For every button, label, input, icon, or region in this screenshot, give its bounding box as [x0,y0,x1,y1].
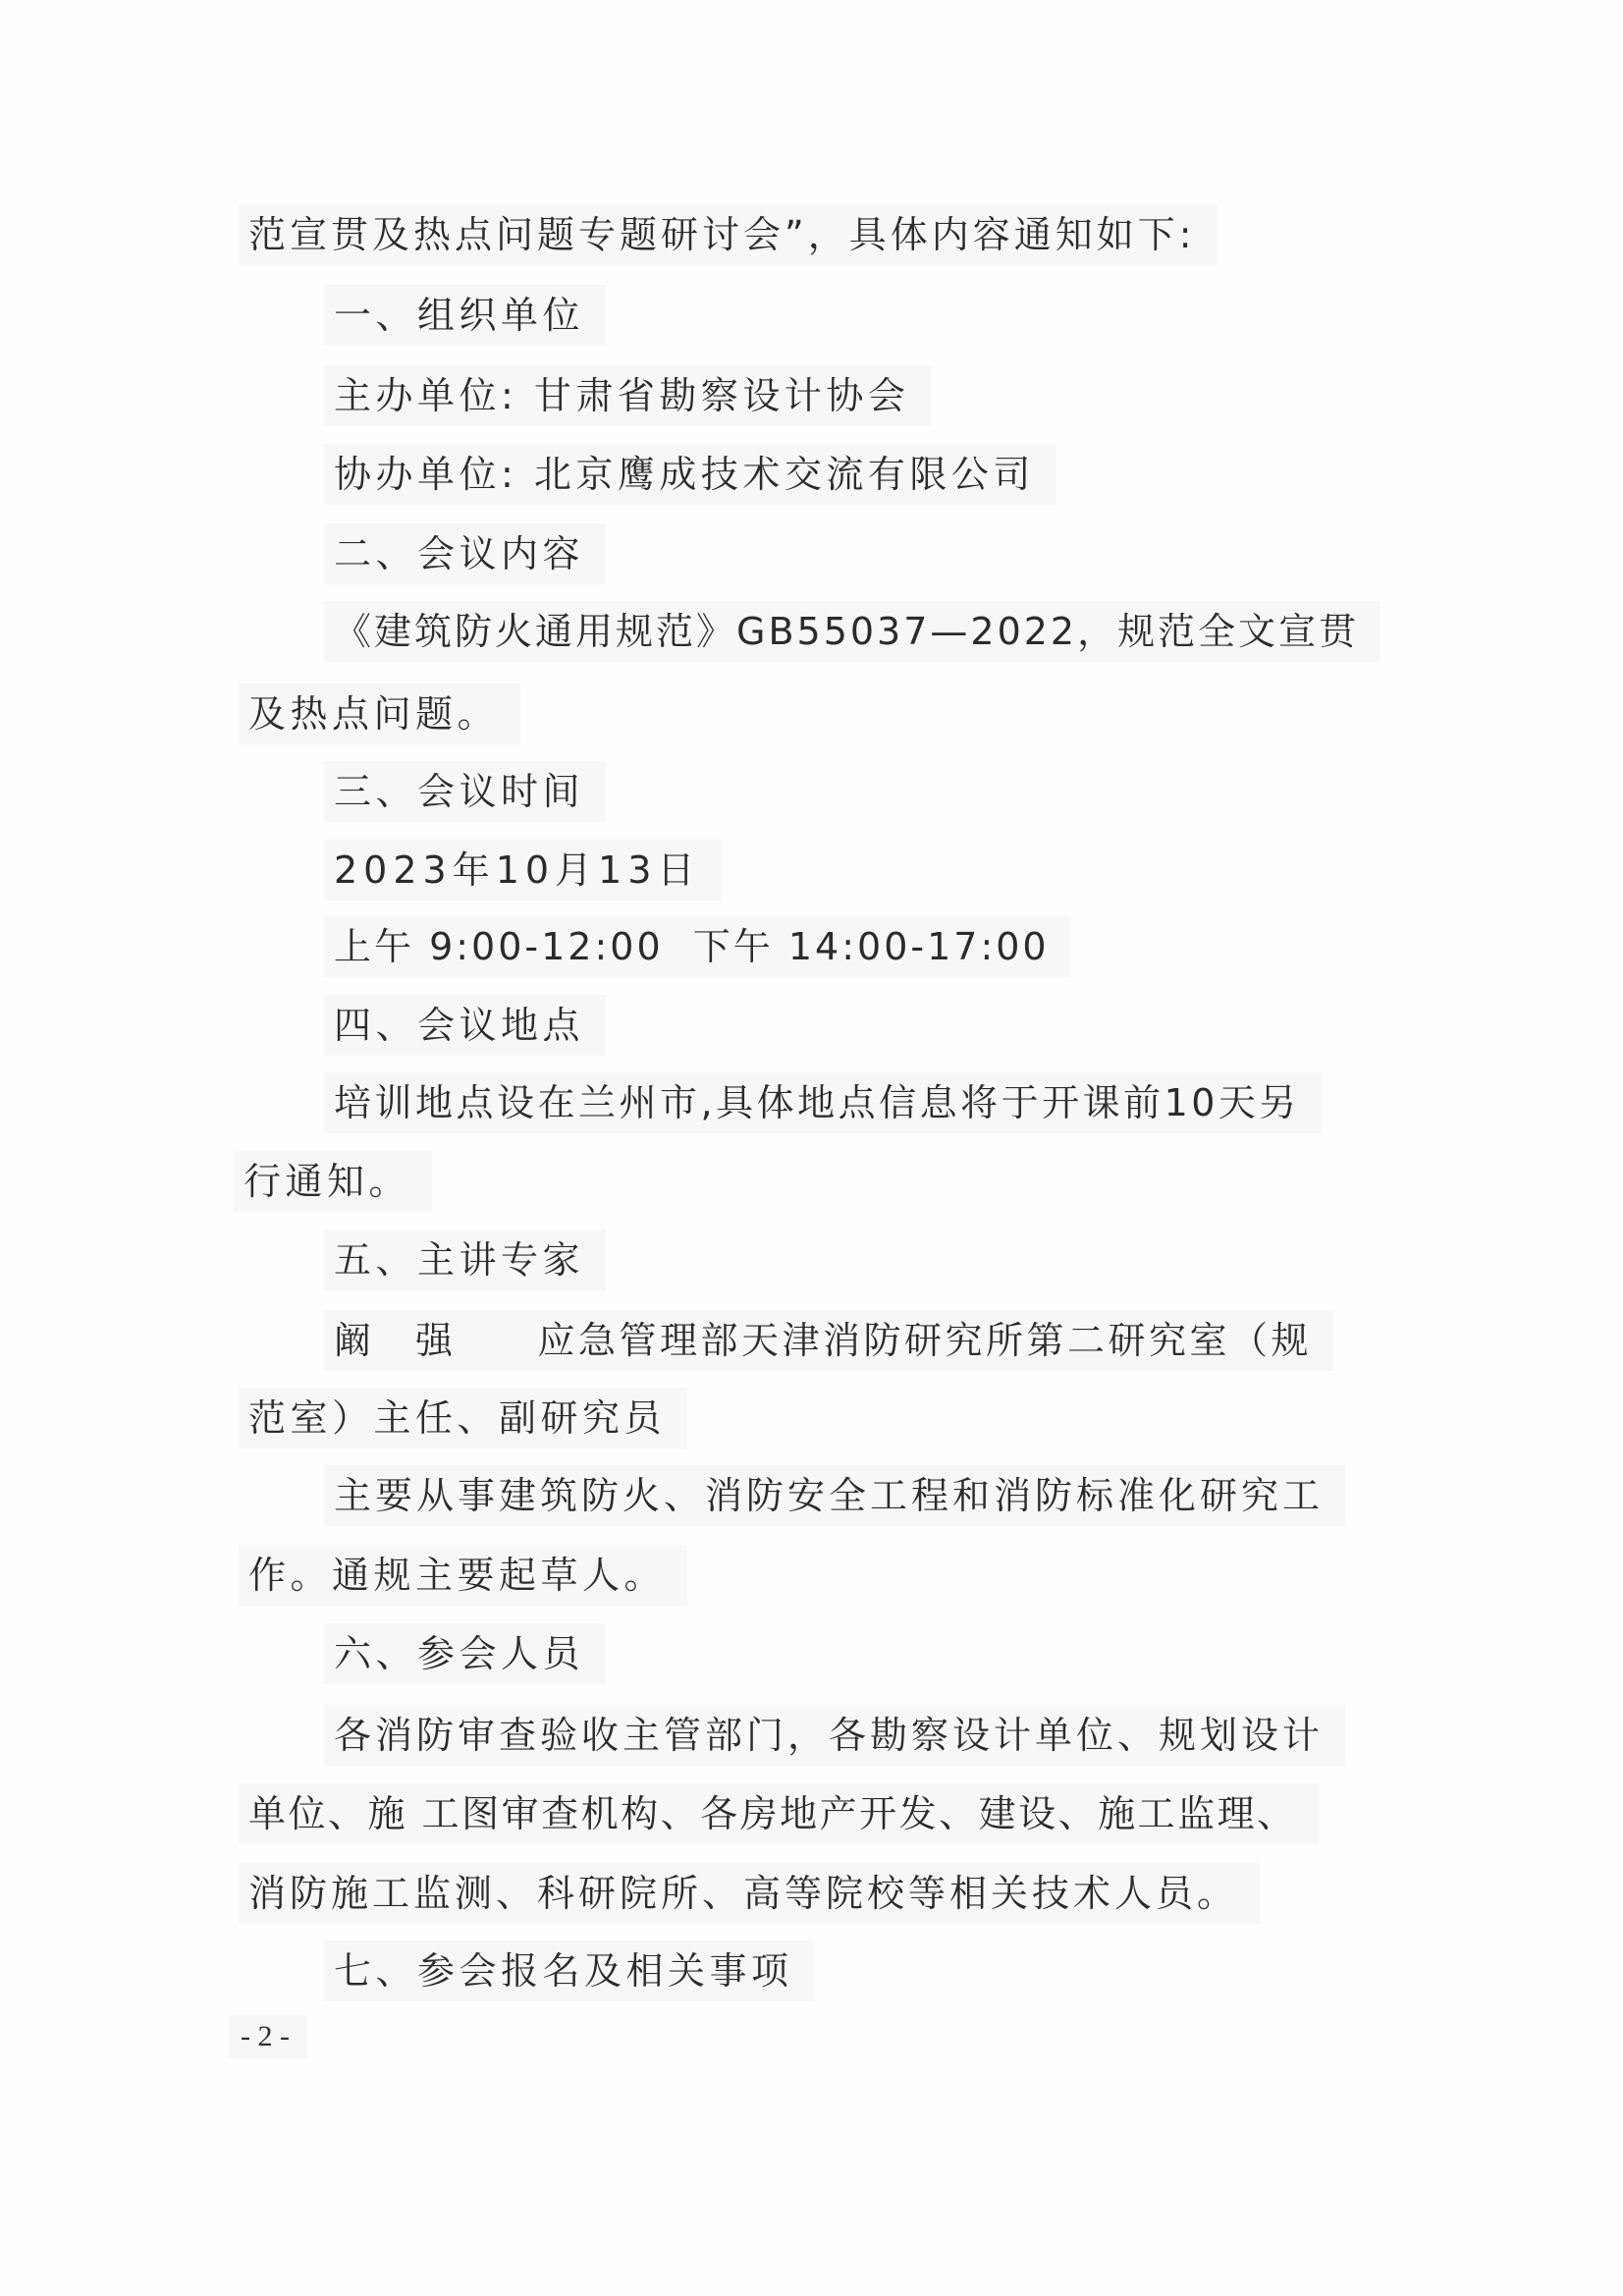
location-text-line-1: 培训地点设在兰州市,具体地点信息将于开课前10天另 [324,1072,1322,1133]
section-heading-time: 三、会议时间 [324,761,606,822]
meeting-date: 2023年10月13日 [324,840,722,901]
intro-continuation-line: 范宣贯及热点问题专题研讨会”，具体内容通知如下: [239,204,1217,265]
meeting-hours: 上午 9:00-12:00 下午 14:00-17:00 [324,916,1071,977]
content-text-line-2: 及热点问题。 [239,683,520,744]
speaker-bio-line-1: 主要从事建筑防火、消防安全工程和消防标准化研究工 [324,1465,1345,1526]
section-heading-speaker: 五、主讲专家 [324,1230,606,1290]
content-text-line-1: 《建筑防火通用规范》GB55037—2022，规范全文宣贯 [324,601,1380,662]
section-heading-content: 二、会议内容 [324,523,606,584]
section-heading-organizers: 一、组织单位 [324,285,606,346]
location-text-line-2: 行通知。 [234,1151,432,1212]
document-page: 范宣贯及热点问题专题研讨会”，具体内容通知如下: 一、组织单位 主办单位: 甘肃… [0,0,1623,2296]
co-organizer: 协办单位: 北京鹰成技术交流有限公司 [324,444,1056,505]
page-number: - 2 - [229,2015,307,2058]
attendees-text-line-2: 单位、施 工图审查机构、各房地产开发、建设、施工监理、 [239,1783,1319,1844]
speaker-title-line-1: 阚 强 应急管理部天津消防研究所第二研究室（规 [324,1310,1333,1371]
attendees-text-line-3: 消防施工监测、科研院所、高等院校等相关技术人员。 [239,1863,1260,1924]
speaker-bio-line-2: 作。通规主要起草人。 [239,1545,687,1606]
attendees-text-line-1: 各消防审查验收主管部门，各勘察设计单位、规划设计 [324,1705,1345,1766]
section-heading-attendees: 六、参会人员 [324,1623,606,1684]
speaker-title-line-2: 范室）主任、副研究员 [239,1388,687,1449]
section-heading-location: 四、会议地点 [324,995,606,1056]
section-heading-registration: 七、参会报名及相关事项 [324,1941,815,2001]
host-organization: 主办单位: 甘肃省勘察设计协会 [324,365,931,426]
